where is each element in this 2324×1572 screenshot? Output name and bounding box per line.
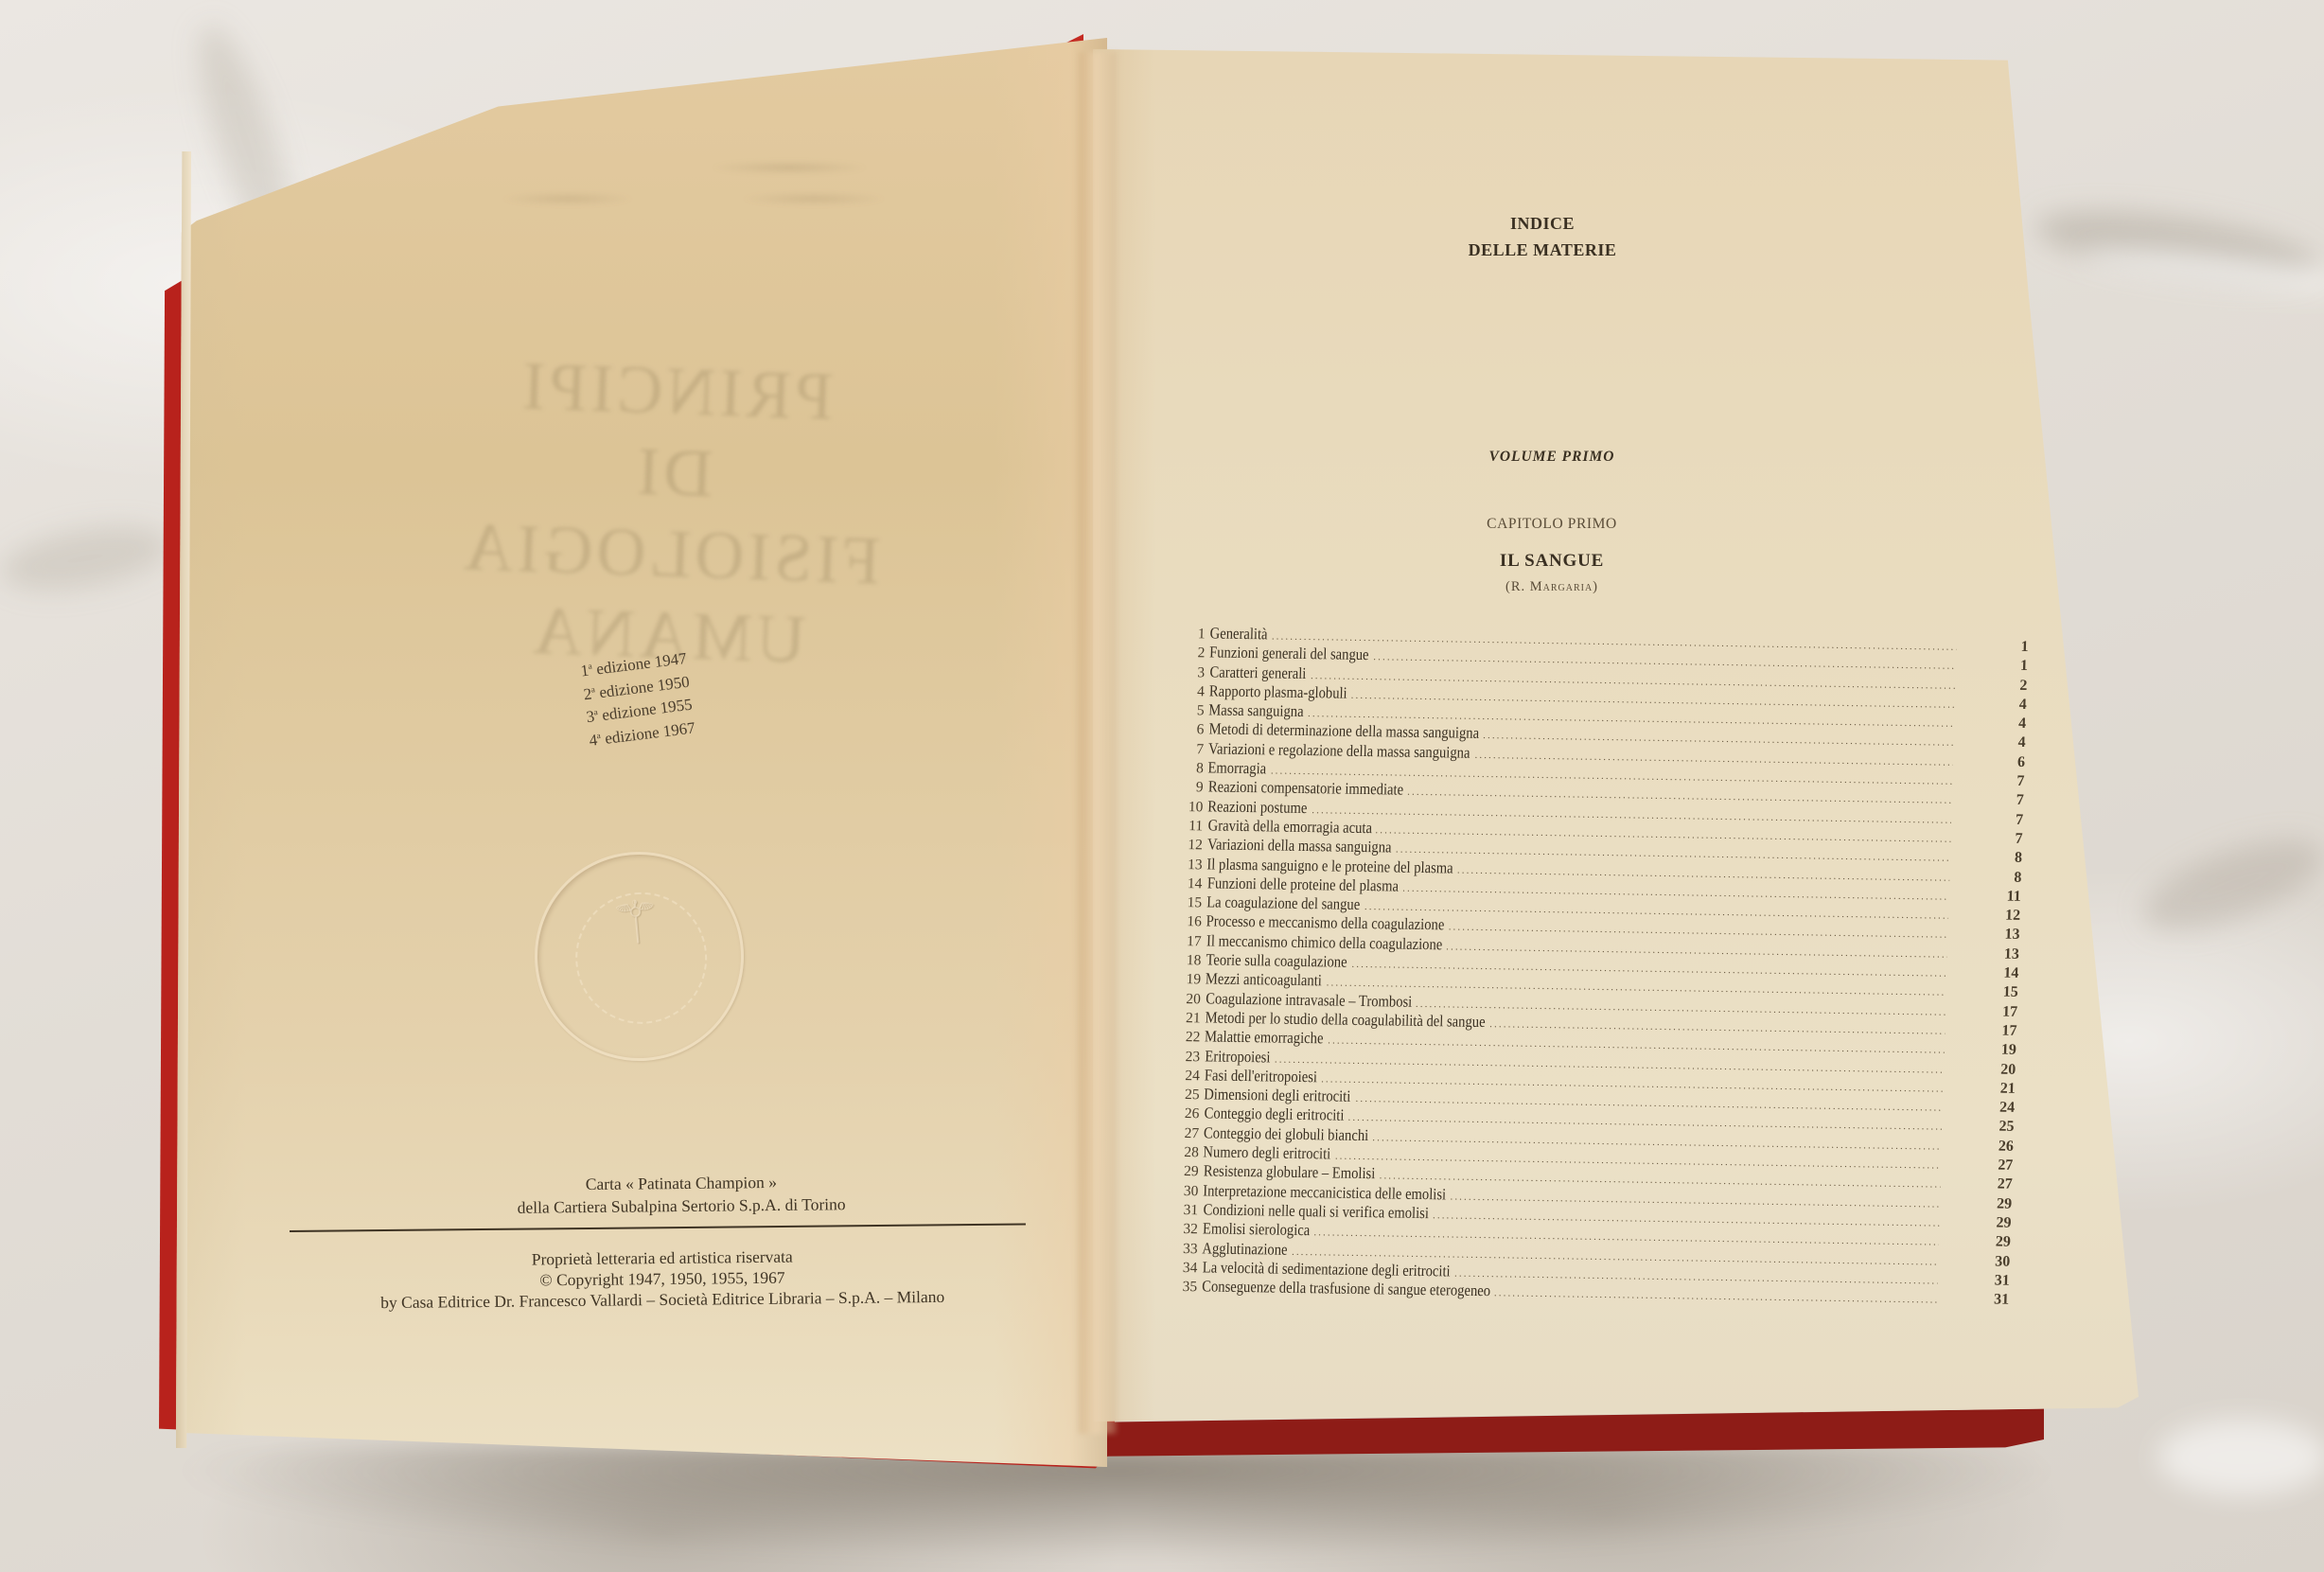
toc-entry-label: Gravità della emorragia acuta <box>1207 816 1372 838</box>
toc-entry-label: Rapporto plasma-globuli <box>1209 681 1347 702</box>
book-shadow <box>170 1448 2063 1562</box>
toc-entry-label: Emorragia <box>1208 758 1267 778</box>
cloth-wrinkle <box>0 516 174 601</box>
toc-entry-number: 15 <box>1181 894 1207 911</box>
toc-entry-page: 31 <box>1937 1291 2017 1309</box>
toc-entry-number: 9 <box>1182 779 1208 796</box>
toc-entry-label: Caratteri generali <box>1209 662 1306 683</box>
toc-entry-number: 5 <box>1183 702 1209 719</box>
toc-entry-number: 6 <box>1183 721 1209 738</box>
toc-entry-page: 4 <box>1954 696 2034 714</box>
table-of-contents: 1Generalità.............................… <box>1165 624 2036 1309</box>
toc-entry-label: Emolisi sierologica <box>1203 1220 1311 1241</box>
toc-entry-page: 1 <box>1956 657 2036 675</box>
toc-entry-page: 19 <box>1945 1041 2025 1059</box>
toc-entry-label: Conteggio dei globuli bianchi <box>1204 1123 1369 1145</box>
toc-entry-label: Generalità <box>1209 624 1267 644</box>
toc-entry-label: Conteggio degli eritrociti <box>1204 1104 1344 1125</box>
toc-entry-page: 14 <box>1946 964 2027 982</box>
toc-entry-page: 2 <box>1955 676 2035 694</box>
cloth-wrinkle <box>2133 821 2324 948</box>
toc-entry-page: 17 <box>1945 1022 2025 1040</box>
toc-entry-number: 14 <box>1181 875 1207 892</box>
showthrough-line: DI FISIOLOGIA <box>442 424 902 603</box>
seal-monogram: ⚚ <box>532 879 741 966</box>
toc-entry-number: 7 <box>1183 741 1209 758</box>
toc-entry-label: Dimensioni degli eritrociti <box>1204 1086 1351 1106</box>
toc-entry-label: Variazioni della massa sanguigna <box>1207 836 1392 857</box>
toc-entry-number: 32 <box>1177 1221 1204 1238</box>
toc-entry-number: 13 <box>1181 857 1207 874</box>
toc-entry-label: Funzioni delle proteine del plasma <box>1206 874 1399 895</box>
toc-entry-page: 7 <box>1951 791 2032 809</box>
toc-entry-label: Reazioni postume <box>1207 797 1308 818</box>
toc-entry-number: 16 <box>1181 913 1207 930</box>
toc-entry-label: Resistenza globulare – Emolisi <box>1203 1162 1375 1184</box>
book-gutter <box>1079 52 1117 1434</box>
toc-entry-label: Fasi dell'eritropoiesi <box>1205 1066 1318 1086</box>
toc-entry-number: 31 <box>1177 1202 1204 1219</box>
toc-entry-label: Teorie sulla coagulazione <box>1206 950 1347 971</box>
toc-entry-number: 26 <box>1178 1105 1205 1122</box>
toc-entry-page: 4 <box>1953 733 2033 751</box>
toc-entry-page: 25 <box>1942 1118 2022 1136</box>
cloth-wrinkle <box>2157 1420 2324 1495</box>
title-line1: INDICE <box>1400 210 1684 237</box>
toc-entry-number: 12 <box>1182 837 1208 854</box>
title-line2: DELLE MATERIE <box>1400 237 1684 263</box>
toc-entry-label: Numero degli eritrociti <box>1204 1142 1331 1163</box>
toc-entry-label: Funzioni generali del sangue <box>1209 644 1369 665</box>
toc-entry-number: 35 <box>1176 1279 1203 1296</box>
toc-entry-number: 18 <box>1180 952 1206 969</box>
toc-entry-number: 29 <box>1177 1163 1204 1180</box>
toc-entry-page: 4 <box>1954 715 2034 733</box>
toc-entry-label: Eritropoiesi <box>1205 1047 1271 1067</box>
toc-entry-number: 3 <box>1184 664 1210 681</box>
chapter-label: CAPITOLO PRIMO <box>1410 516 1694 533</box>
toc-entry-page: 21 <box>1943 1079 2023 1097</box>
toc-entry-page: 27 <box>1940 1175 2020 1193</box>
toc-entry-number: 19 <box>1180 971 1206 988</box>
toc-entry-page: 13 <box>1947 945 2028 963</box>
toc-entry-page: 8 <box>1949 868 2030 886</box>
toc-entry-number: 23 <box>1179 1048 1206 1065</box>
toc-entry-page: 7 <box>1951 810 2032 828</box>
toc-entry-page: 29 <box>1939 1214 2019 1232</box>
toc-entry-label: Malattie emorragiche <box>1205 1028 1324 1049</box>
showthrough-line: PRINCIPI <box>448 343 905 440</box>
chapter-title: IL SANGUE <box>1410 551 1694 572</box>
toc-entry-page: 7 <box>1952 772 2033 790</box>
toc-entry-number: 10 <box>1182 799 1208 816</box>
toc-entry-page: 29 <box>1939 1233 2019 1251</box>
editions-list: 1a edizione 1947 2a edizione 1950 3a edi… <box>579 645 696 751</box>
paper-note: Carta « Patinata Champion » della Cartie… <box>416 1169 946 1220</box>
toc-entry-label: Agglutinazione <box>1202 1239 1288 1259</box>
toc-entry-page: 24 <box>1943 1099 2023 1117</box>
toc-entry-number: 21 <box>1179 1010 1206 1027</box>
toc-entry-number: 30 <box>1177 1183 1204 1200</box>
toc-entry-number: 1 <box>1184 626 1210 643</box>
toc-entry-page: 1 <box>1956 638 2036 656</box>
toc-entry-number: 34 <box>1176 1260 1203 1277</box>
showthrough-title: PRINCIPI DI FISIOLOGIA UMANA <box>439 343 905 684</box>
page-title: INDICE DELLE MATERIE <box>1400 210 1684 263</box>
showthrough-header <box>445 156 937 213</box>
toc-entry-page: 12 <box>1948 907 2029 925</box>
toc-entry-number: 33 <box>1176 1240 1203 1257</box>
toc-entry-number: 8 <box>1183 760 1209 777</box>
toc-entry-page: 11 <box>1948 888 2029 906</box>
toc-entry-label: Mezzi anticoagulanti <box>1206 970 1323 991</box>
toc-entry-page: 15 <box>1945 983 2026 1001</box>
toc-entry-page: 27 <box>1941 1157 2021 1175</box>
copyright-block: Proprietà letteraria ed artistica riserv… <box>312 1244 1013 1314</box>
toc-entry-label: Reazioni compensatorie immediate <box>1207 778 1403 800</box>
toc-entry-label: La coagulazione del sangue <box>1206 893 1361 915</box>
volume-heading: VOLUME PRIMO <box>1410 449 1694 466</box>
toc-entry-page: 29 <box>1940 1194 2020 1212</box>
toc-entry-page: 26 <box>1942 1137 2022 1155</box>
toc-entry-number: 2 <box>1184 645 1210 662</box>
toc-entry-number: 22 <box>1179 1029 1206 1046</box>
toc-entry-page: 7 <box>1950 830 2031 848</box>
toc-entry-number: 25 <box>1178 1086 1205 1104</box>
toc-entry-number: 4 <box>1184 683 1210 700</box>
toc-entry-page: 31 <box>1937 1271 2017 1289</box>
toc-entry-number: 24 <box>1179 1068 1206 1085</box>
chapter-author: (R. Margaria) <box>1410 579 1694 595</box>
toc-entry-number: 11 <box>1182 818 1208 835</box>
toc-entry-page: 20 <box>1944 1060 2024 1078</box>
toc-entry-number: 28 <box>1178 1144 1205 1161</box>
toc-entry-page: 30 <box>1938 1252 2018 1270</box>
toc-entry-number: 20 <box>1180 991 1206 1008</box>
toc-entry-number: 17 <box>1180 933 1206 950</box>
toc-entry-page: 13 <box>1947 926 2028 944</box>
toc-entry-label: Massa sanguigna <box>1208 701 1304 722</box>
toc-entry-page: 6 <box>1953 753 2033 771</box>
toc-entry-page: 8 <box>1950 849 2031 867</box>
toc-entry-page: 17 <box>1945 1002 2026 1020</box>
toc-entry-number: 27 <box>1178 1125 1205 1142</box>
